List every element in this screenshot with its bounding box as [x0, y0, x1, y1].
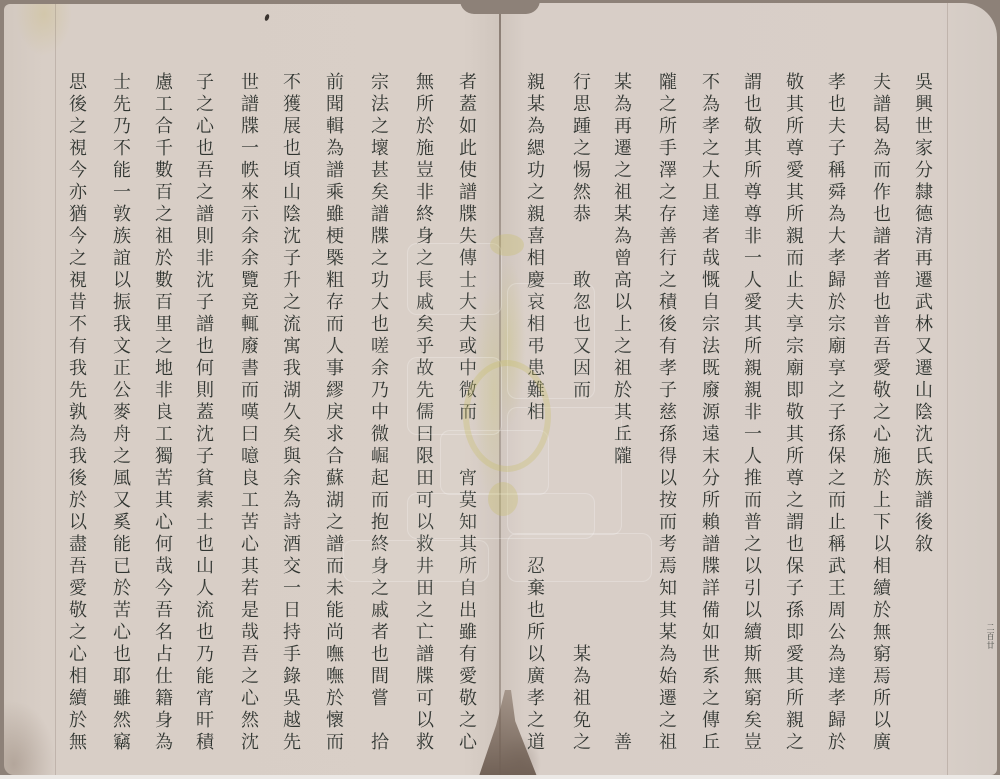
- text-column: 謂也敬其所尊尊非一人愛其所親親非一人推而普之以引以續斯無窮矣豈: [741, 72, 761, 754]
- watermark-frame: [507, 533, 652, 582]
- watermark-frame: [407, 243, 502, 315]
- text-column: 前聞輯為譜乘雖梗槩粗存而人事繆戾求合蘇湖之譜而未能尚嘸嘸於懷而: [323, 72, 343, 754]
- text-column: 宗法之壞甚矣譜牒之功大也嗟余乃中微崛起而抱終身之戚者也間嘗 拾: [368, 72, 388, 754]
- watermark-emblem-top: [490, 234, 524, 256]
- gutter-top-shadow: [460, 0, 540, 14]
- scanned-book-spread: 者蓋如此使譜牒失傳士大夫或中微而 宵莫知其所自出雖有愛敬之心 無所於施豈非終身之…: [0, 0, 1000, 779]
- ink-spot: [264, 14, 270, 22]
- document-title: 吳興世家分隸德清再遷武林又遷山陰沈氏族譜後敘: [912, 72, 932, 556]
- text-column: 孝也夫子稱舜為大孝歸於宗廟享之子孫保之而止稱武王周公為達孝歸於: [825, 72, 845, 754]
- watermark-frame: [343, 540, 489, 582]
- text-column: 士先乃不能一敦族誼以振我文正公麥舟之風又奚能已於苦心也耶雖然竊: [110, 72, 130, 754]
- text-column: 夫譜曷為而作也譜者普也普吾愛敬之心施於上下以相續於無窮焉所以廣: [870, 72, 890, 754]
- left-page-fold-line: [55, 4, 56, 775]
- watermark-emblem-icon: [463, 360, 551, 472]
- text-column: 慮工合千數百之祖於數百里之地非良工獨苦其心何哉今吾名占仕籍身為: [152, 72, 172, 754]
- scan-bottom-edge: [0, 775, 1000, 779]
- text-column: 世譜牒一帙來示余余覽竟輒廢書而嘆曰噫良工苦心其若是哉吾之心然沈: [238, 72, 258, 754]
- page-number: 二百廿: [985, 623, 995, 650]
- text-column: 思後之視今亦猶今之視昔不有我先孰為我後於以盡吾愛敬之心相續於無: [66, 72, 86, 754]
- text-column: 不為孝之大且達者哉慨自宗法既廢源遠末分所賴譜牒詳備如世系之傳丘: [699, 72, 719, 754]
- text-column: 敬其所尊愛其所親而止夫享宗廟即敬其所尊之謂也保子孫即愛其所親之: [783, 72, 803, 754]
- text-column: 隴之所手澤之存善行之積後有孝子慈孫得以按而考焉知其某為始遷之祖: [656, 72, 676, 754]
- right-page-fold-line: [947, 3, 948, 775]
- watermark-emblem-base: [488, 482, 518, 516]
- text-column: 子之心也吾之譜則非沈子譜也何則蓋沈子貧素士也山人流也乃能宵旰積: [193, 72, 213, 754]
- text-column: 不獲展也頃山陰沈子升之流寓我湖久矣與余為詩酒交一日持手錄吳越先: [280, 72, 300, 754]
